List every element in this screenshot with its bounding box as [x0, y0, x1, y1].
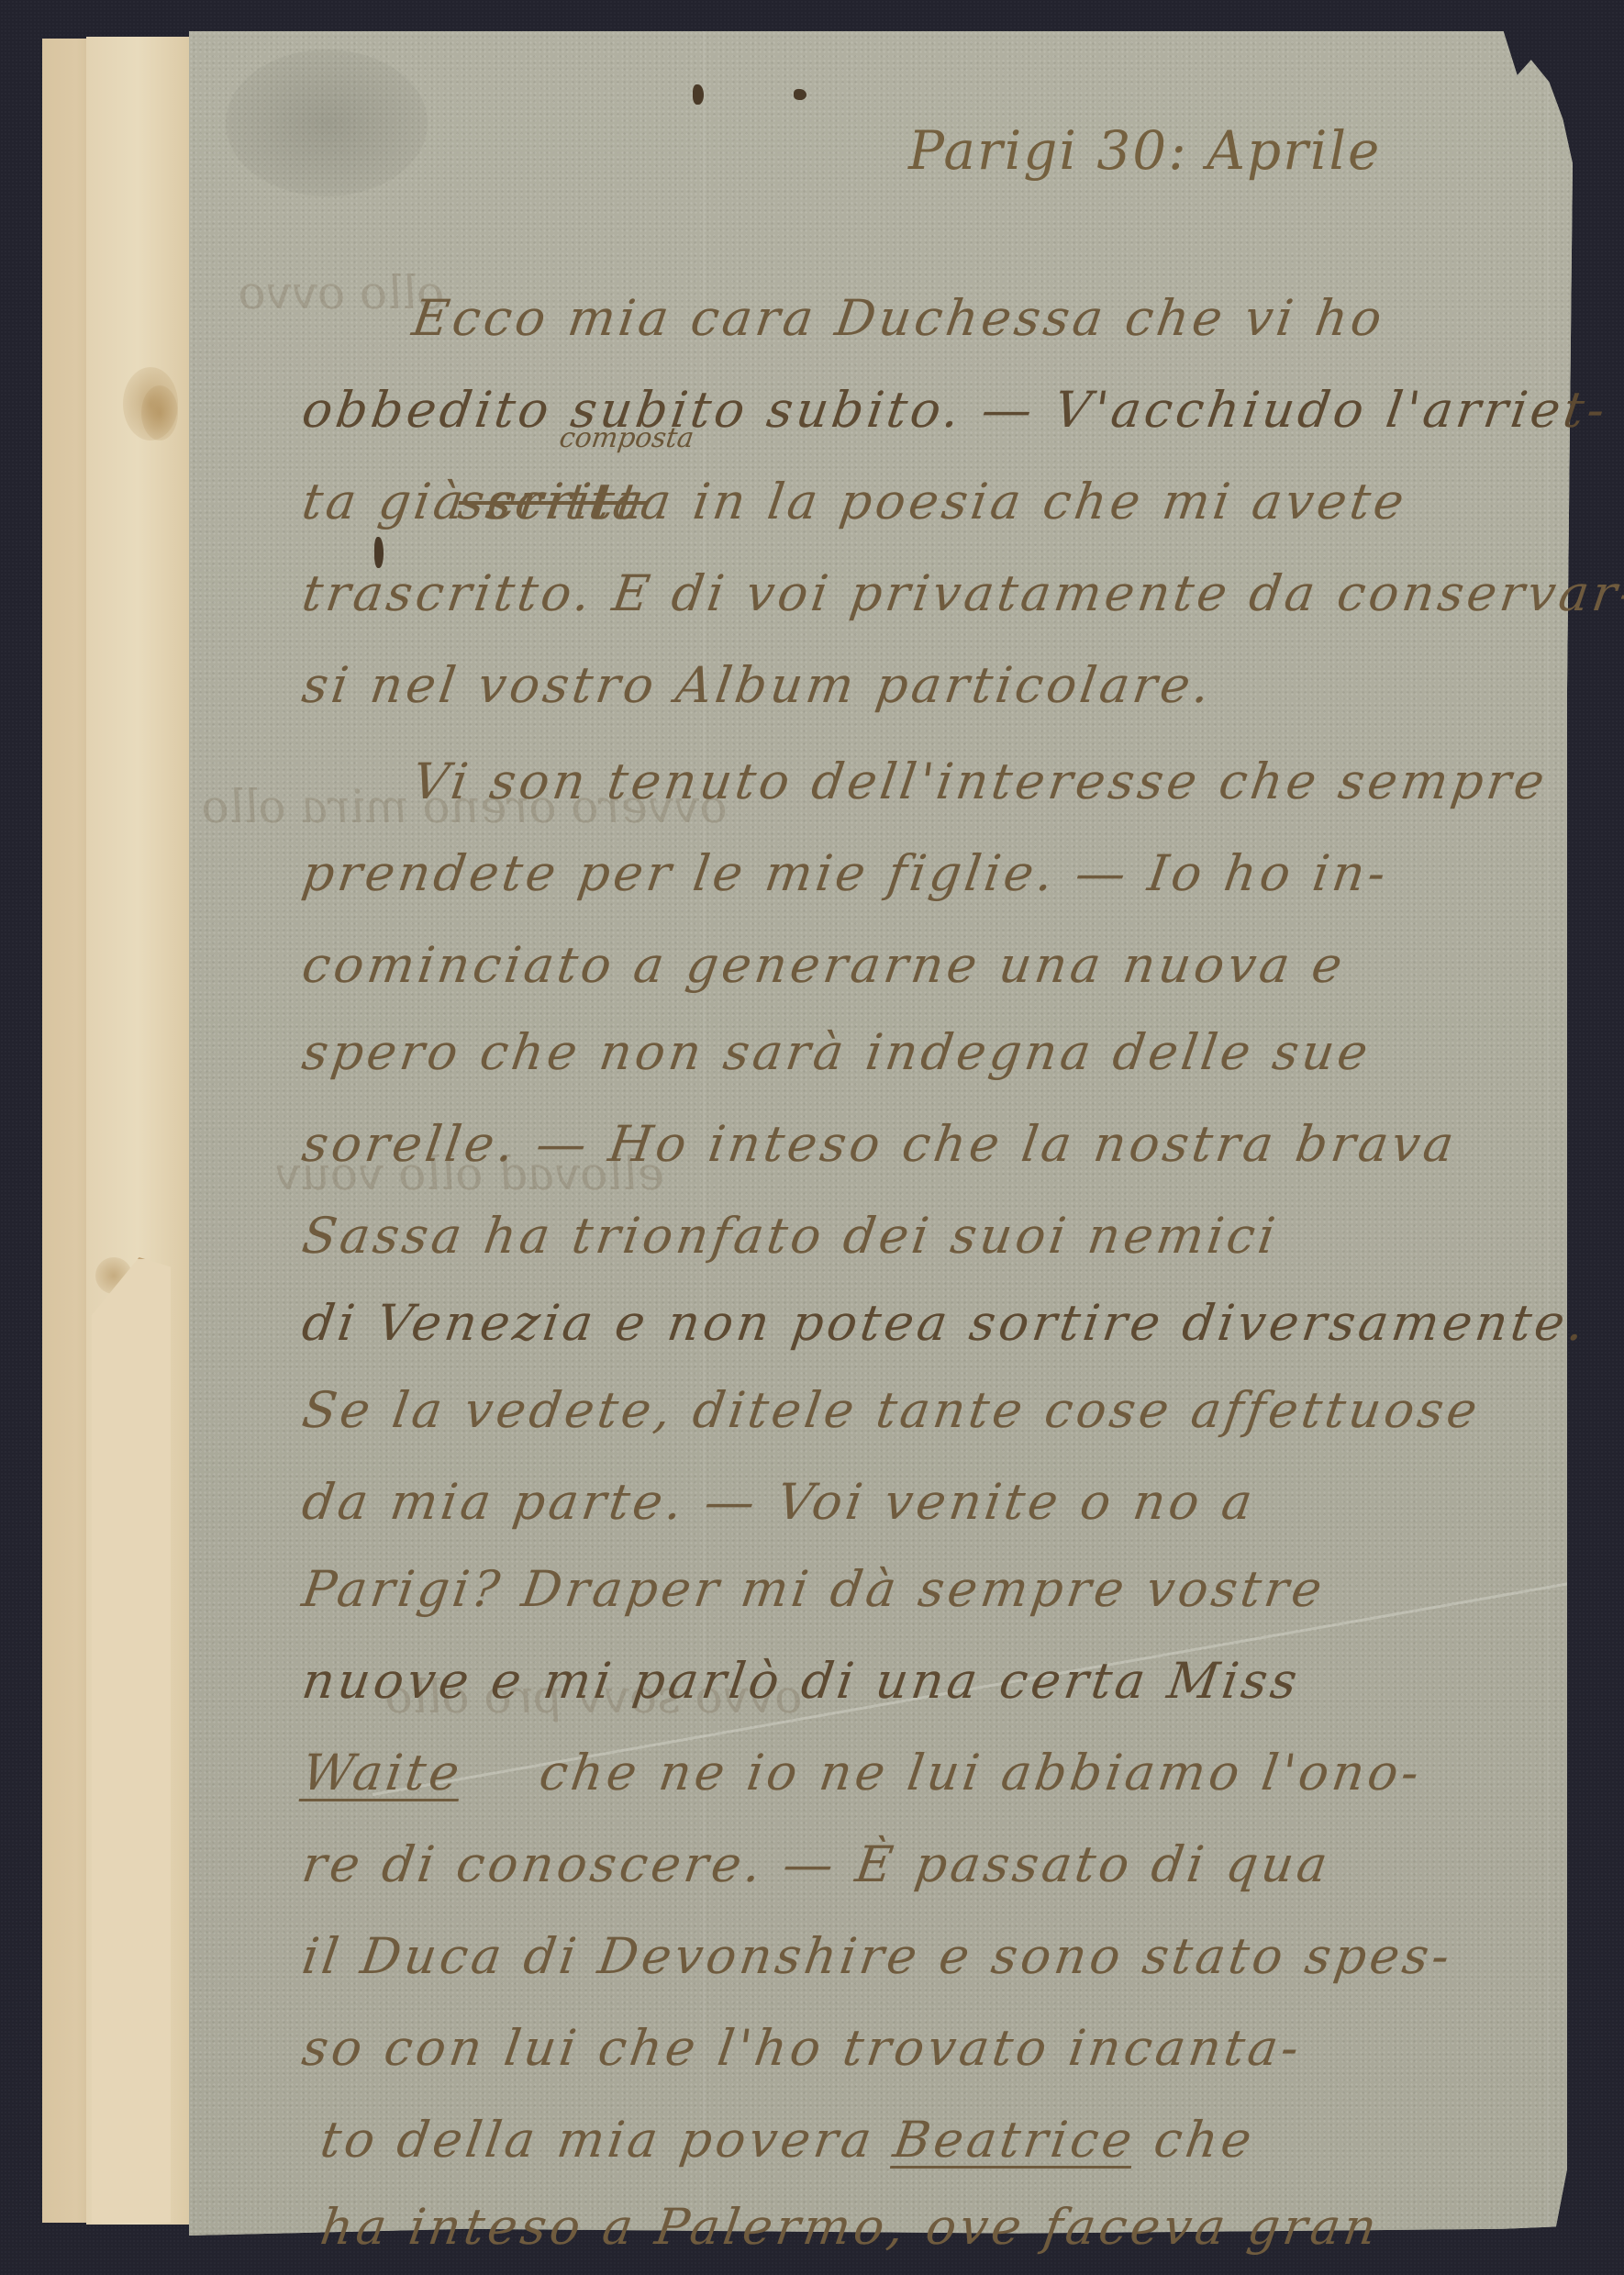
letter-line-8: cominciato a generarne una nuova e	[299, 936, 1350, 994]
letter-line-13: Se la vedete, ditele tante cose affettuo…	[299, 1381, 1485, 1439]
underlined-name-waite: Waite	[299, 1744, 467, 1801]
letter-line-11: Sassa ha trionfato dei suoi nemici	[299, 1207, 1283, 1265]
letter-line-15: Parigi? Draper mi dà sempre vostre	[299, 1560, 1329, 1618]
letter-line-14: da mia parte. — Voi venite o no a	[299, 1473, 1260, 1531]
letter-line-22: ha inteso a Palermo, ove faceva gran	[317, 2198, 1384, 2256]
letter-line-2: obbedito subito subito. — V'acchiudo l'a…	[299, 381, 1612, 439]
ink-blot	[693, 84, 704, 105]
ink-blot	[374, 537, 384, 568]
letter-line-6: Vi son tenuto dell'interesse che sempre	[409, 753, 1552, 810]
line-17-rest: che ne io ne lui abbiamo l'ono-	[478, 1744, 1427, 1801]
letter-line-7: prendete per le mie figlie. — Io ho in-	[299, 844, 1393, 902]
letter-line-21: to della mia povera Beatrice che	[317, 2111, 1259, 2169]
letter-line-3: scritta ta già scritta in la poesia che …	[299, 473, 1411, 530]
interlinear-insertion: composta	[558, 422, 696, 454]
foxing-stain	[141, 385, 178, 441]
dateline: Parigi 30: Aprile	[908, 119, 1381, 182]
letter-line-17: Waite che ne io ne lui abbiamo l'ono-	[299, 1744, 1427, 1801]
letter-line-5: si nel vostro Album particolare.	[299, 656, 1218, 714]
letter-line-10: sorelle. — Ho inteso che la nostra brava	[299, 1115, 1462, 1173]
ink-blot	[794, 89, 806, 100]
letter-line-9: spero che non sarà indegna delle sue	[299, 1023, 1375, 1081]
letter-line-12: di Venezia e non potea sortire diversame…	[299, 1294, 1592, 1352]
letter-line-18: re di conoscere. — È passato di qua	[299, 1835, 1335, 1893]
letter-line-19: il Duca di Devonshire e sono stato spes-	[299, 1927, 1457, 1985]
letter-line-20: so con lui che l'ho trovato incanta-	[299, 2019, 1307, 2077]
fold-line	[1547, 31, 1549, 2236]
paper-stain	[226, 50, 428, 196]
letter-line-4: trascritto. E di voi privatamente da con…	[299, 564, 1624, 622]
underlined-name-beatrice: Beatrice	[890, 2111, 1140, 2169]
struck-word: scritta	[455, 473, 651, 530]
line-21-start: to della mia povera	[317, 2111, 898, 2169]
line-21-end: che	[1131, 2111, 1259, 2169]
letter-line-1: Ecco mia cara Duchessa che vi ho	[409, 289, 1389, 347]
hinge-tear-patch	[92, 1257, 171, 2223]
letter-line-16: nuove e mi parlò di una certa Miss	[299, 1652, 1305, 1710]
